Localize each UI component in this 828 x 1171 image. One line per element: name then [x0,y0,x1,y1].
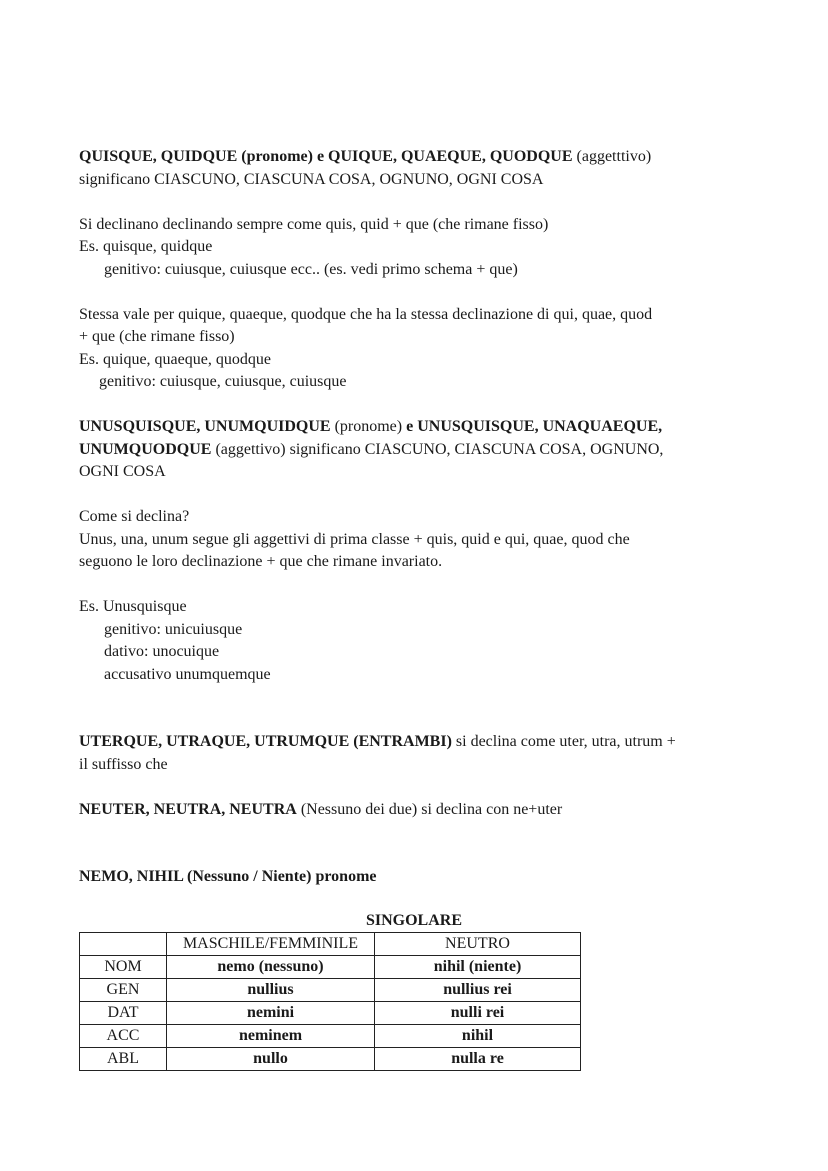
unusquisque-question: Come si declina? [79,506,759,529]
masc-fem-cell: nullo [167,1048,375,1071]
header-neuter: NEUTRO [375,933,581,956]
neuter-cell: nulla re [375,1048,581,1071]
uterque-title: UTERQUE, UTRAQUE, UTRUMQUE (ENTRAMBI) [79,733,452,750]
unusquisque-title-part3: UNUMQUODQUE [79,441,211,458]
quisque-heading: QUISQUE, QUIDQUE (pronome) e QUIQUE, QUA… [79,146,759,169]
unusquisque-example-line: dativo: unocuique [79,641,759,664]
unusquisque-example-line: genitivo: unicuiusque [79,619,759,642]
quique-example-genitive: genitivo: cuiusque, cuiusque, cuiusque [79,371,759,394]
nemo-heading: NEMO, NIHIL (Nessuno / Niente) pronome [79,866,759,889]
declension-table: MASCHILE/FEMMINILE NEUTRO NOMnemo (nessu… [79,932,581,1071]
case-label: DAT [80,1002,167,1025]
uterque-line2: il suffisso che [79,754,759,777]
quisque-meaning: significano CIASCUNO, CIASCUNA COSA, OGN… [79,169,759,192]
neuter-cell: nihil [375,1025,581,1048]
case-label: ACC [80,1025,167,1048]
masc-fem-cell: nemini [167,1002,375,1025]
masc-fem-cell: nemo (nessuno) [167,956,375,979]
masc-fem-cell: nullius [167,979,375,1002]
table-row: DATnemininulli rei [80,1002,581,1025]
case-label: GEN [80,979,167,1002]
table-header-row: MASCHILE/FEMMINILE NEUTRO [80,933,581,956]
nemo-declension-table-wrap: SINGOLARE MASCHILE/FEMMINILE NEUTRO NOMn… [79,910,581,1071]
neuter-cell: nihil (niente) [375,956,581,979]
unusquisque-answer-line2: seguono le loro declinazione + que che r… [79,551,759,574]
unusquisque-heading-line2: UNUMQUODQUE (aggettivo) significano CIAS… [79,439,759,462]
neuter-title: NEUTER, NEUTRA, NEUTRA [79,801,297,818]
quique-rule-line2: + que (che rimane fisso) [79,326,759,349]
unusquisque-title-part1: UNUSQUISQUE, UNUMQUIDQUE [79,418,331,435]
neuter-cell: nullius rei [375,979,581,1002]
neuter-text: (Nessuno dei due) si declina con ne+uter [297,801,562,818]
case-label: NOM [80,956,167,979]
table-caption: SINGOLARE [79,910,581,932]
table-row: NOMnemo (nessuno)nihil (niente) [80,956,581,979]
unusquisque-title-note2: (aggettivo) significano CIASCUNO, CIASCU… [211,441,663,458]
neuter-line: NEUTER, NEUTRA, NEUTRA (Nessuno dei due)… [79,799,759,822]
header-masc-fem: MASCHILE/FEMMINILE [167,933,375,956]
unusquisque-example-line: accusativo unumquemque [79,664,759,687]
nemo-title: NEMO, NIHIL (Nessuno / Niente) pronome [79,868,377,885]
uterque-line1: UTERQUE, UTRAQUE, UTRUMQUE (ENTRAMBI) si… [79,731,759,754]
quique-rule-line1: Stessa vale per quique, quaeque, quodque… [79,304,759,327]
quisque-title: QUISQUE, QUIDQUE (pronome) e QUIQUE, QUA… [79,148,573,165]
quique-example: Es. quique, quaeque, quodque [79,349,759,372]
table-body: NOMnemo (nessuno)nihil (niente)GENnulliu… [80,956,581,1071]
unusquisque-heading-line3: OGNI COSA [79,461,759,484]
header-empty [80,933,167,956]
table-row: ABLnullonulla re [80,1048,581,1071]
neuter-cell: nulli rei [375,1002,581,1025]
quisque-rule: Si declinano declinando sempre come quis… [79,214,759,237]
unusquisque-title-note1: (pronome) [331,418,407,435]
unusquisque-heading-line1: UNUSQUISQUE, UNUMQUIDQUE (pronome) e UNU… [79,416,759,439]
case-label: ABL [80,1048,167,1071]
quisque-example-genitive: genitivo: cuiusque, cuiusque ecc.. (es. … [79,259,759,282]
masc-fem-cell: neminem [167,1025,375,1048]
unusquisque-example: Es. Unusquisque [79,596,759,619]
uterque-text: si declina come uter, utra, utrum + [452,733,676,750]
table-row: ACCneminemnihil [80,1025,581,1048]
unusquisque-answer-line1: Unus, una, unum segue gli aggettivi di p… [79,529,759,552]
quisque-title-note: (aggetttivo) [573,148,652,165]
quisque-example: Es. quisque, quidque [79,236,759,259]
document-page: QUISQUE, QUIDQUE (pronome) e QUIQUE, QUA… [79,146,759,889]
table-row: GENnulliusnullius rei [80,979,581,1002]
unusquisque-title-part2: e UNUSQUISQUE, UNAQUAEQUE, [406,418,662,435]
